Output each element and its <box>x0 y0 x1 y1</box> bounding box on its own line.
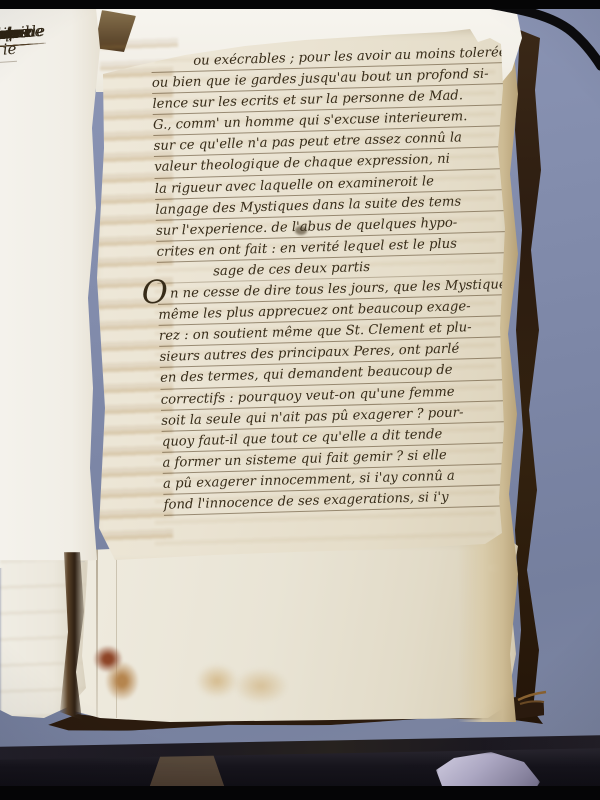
paper-crease <box>96 540 98 718</box>
tan-stain <box>234 668 288 704</box>
binding-thread <box>516 686 550 712</box>
blank-lower-leaf <box>70 534 518 722</box>
bottom-letterbox-bar <box>0 786 600 800</box>
top-letterbox-bar <box>0 0 600 9</box>
facing-page-text: lus cruels enne ge pour me e ce qu'ils m… <box>0 16 97 28</box>
manuscript-text: ou exécrables ; pour les avoir au moins … <box>151 42 516 516</box>
manuscript-photo: 170 ou exécrables ; pour les avoir au mo… <box>0 0 600 800</box>
manuscript-page: ou exécrables ; pour les avoir au moins … <box>95 28 507 560</box>
tan-stain <box>196 664 238 698</box>
ornate-initial: O <box>142 292 168 293</box>
facing-page-fragment: lus cruels enne ge pour me e ce qu'ils m… <box>0 8 102 568</box>
